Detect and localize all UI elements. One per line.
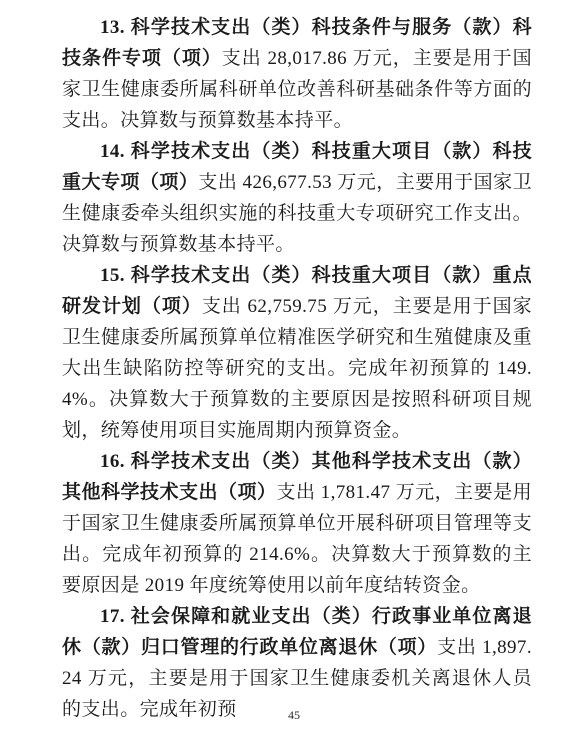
paragraph-item-17: 17. 社会保障和就业支出（类）行政事业单位离退休（款）归口管理的行政单位离退休…: [62, 601, 532, 725]
paragraph-item-15: 15. 科学技术支出（类）科技重大项目（款）重点研发计划（项）支出 62,759…: [62, 260, 532, 446]
page-content: 13. 科学技术支出（类）科技条件与服务（款）科技条件专项（项）支出 28,01…: [62, 12, 532, 725]
paragraph-item-16: 16. 科学技术支出（类）其他科学技术支出（款）其他科学技术支出（项）支出 1,…: [62, 446, 532, 601]
paragraph-item-14: 14. 科学技术支出（类）科技重大项目（款）科技重大专项（项）支出 426,67…: [62, 136, 532, 260]
document-page: 13. 科学技术支出（类）科技条件与服务（款）科技条件专项（项）支出 28,01…: [0, 0, 588, 741]
paragraph-item-13: 13. 科学技术支出（类）科技条件与服务（款）科技条件专项（项）支出 28,01…: [62, 12, 532, 136]
paragraph-15-body: 支出 62,759.75 万元，主要是用于国家卫生健康委所属预算单位精准医学研究…: [62, 296, 532, 441]
page-number: 45: [0, 708, 588, 723]
